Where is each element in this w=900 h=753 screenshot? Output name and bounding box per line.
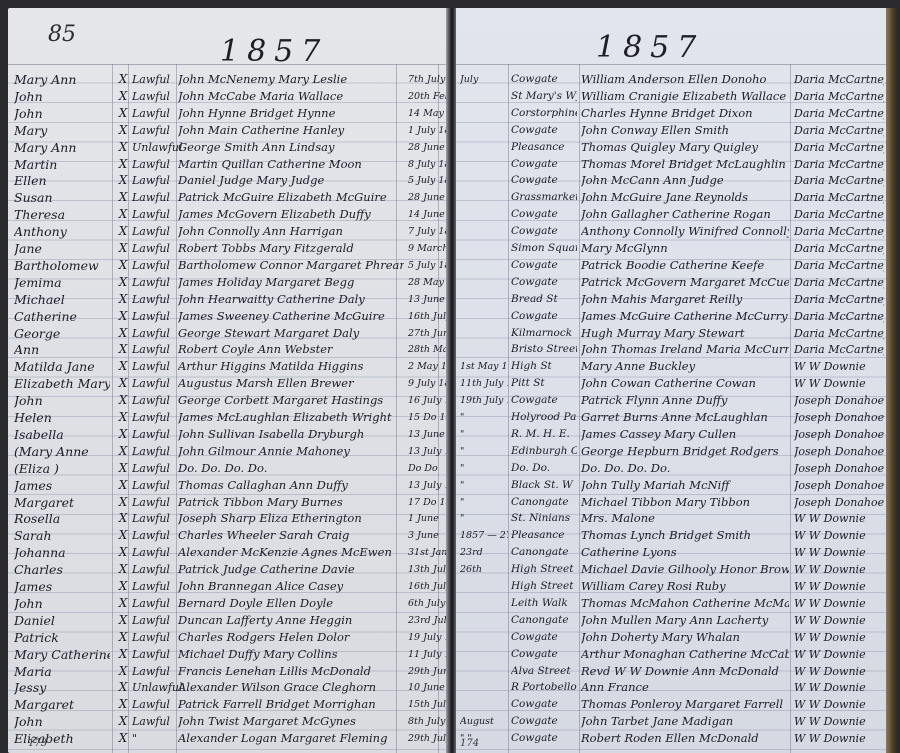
year-header: 1857 xyxy=(596,30,704,65)
right-page: 1857 174 JulyCowgateWilliam Anderson Ell… xyxy=(456,8,886,753)
register-entry: " "CowgateRobert Roden Ellen McDonaldW W… xyxy=(456,729,886,748)
register-book: 85 1857 173 Mary AnnXLawfulJohn McNenemy… xyxy=(8,8,896,753)
year-header: 1857 xyxy=(220,34,328,69)
mark-cross: X xyxy=(116,729,130,748)
legitimacy-status: " xyxy=(132,729,184,748)
page-edge xyxy=(886,8,898,753)
entry-date: 29th July xyxy=(408,729,448,748)
left-page: 85 1857 173 Mary AnnXLawfulJohn McNenemy… xyxy=(8,8,448,753)
officiant-name: W W Downie xyxy=(794,729,884,748)
entry-date: " " xyxy=(460,729,508,748)
child-name: Elizabeth xyxy=(14,729,110,748)
register-entry: ElizabethX"Alexander Logan Margaret Flem… xyxy=(8,729,448,748)
residence: Cowgate xyxy=(511,729,577,748)
page-number: 85 xyxy=(48,22,76,47)
sponsors-names: Robert Roden Ellen McDonald xyxy=(581,729,789,748)
parents-names: Alexander Logan Margaret Fleming xyxy=(178,729,404,748)
